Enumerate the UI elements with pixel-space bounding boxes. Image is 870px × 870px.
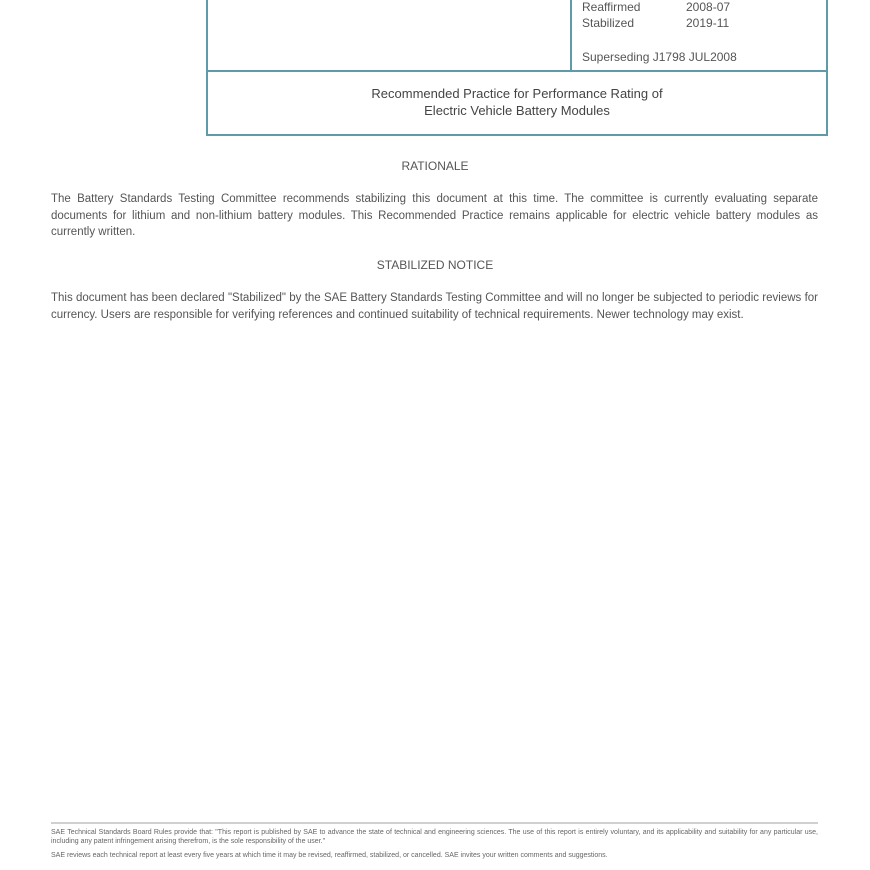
footer-divider [51,822,818,824]
meta-label: Stabilized [582,16,686,30]
document-title: Recommended Practice for Performance Rat… [208,72,826,134]
footer-disclaimer: SAE Technical Standards Board Rules prov… [51,828,818,846]
header-top-section: Reaffirmed2008-07 Stabilized2019-11 Supe… [208,0,826,72]
rationale-heading: RATIONALE [0,159,870,173]
rationale-text: The Battery Standards Testing Committee … [51,191,818,241]
meta-value: 2019-11 [686,16,729,30]
header-left-cell [208,0,572,70]
header-right-cell: Reaffirmed2008-07 Stabilized2019-11 Supe… [572,0,826,70]
meta-row-reaffirmed: Reaffirmed2008-07 [582,0,730,14]
meta-row-stabilized: Stabilized2019-11 [582,16,729,30]
footer-review-note: SAE reviews each technical report at lea… [51,851,818,860]
stabilized-notice-text: This document has been declared "Stabili… [51,290,818,323]
superseding-note: Superseding J1798 JUL2008 [582,50,737,64]
title-line-2: Electric Vehicle Battery Modules [208,102,826,119]
title-line-1: Recommended Practice for Performance Rat… [208,85,826,102]
meta-value: 2008-07 [686,0,730,14]
document-header-box: Reaffirmed2008-07 Stabilized2019-11 Supe… [206,0,828,136]
meta-label: Reaffirmed [582,0,686,14]
stabilized-notice-heading: STABILIZED NOTICE [0,258,870,272]
